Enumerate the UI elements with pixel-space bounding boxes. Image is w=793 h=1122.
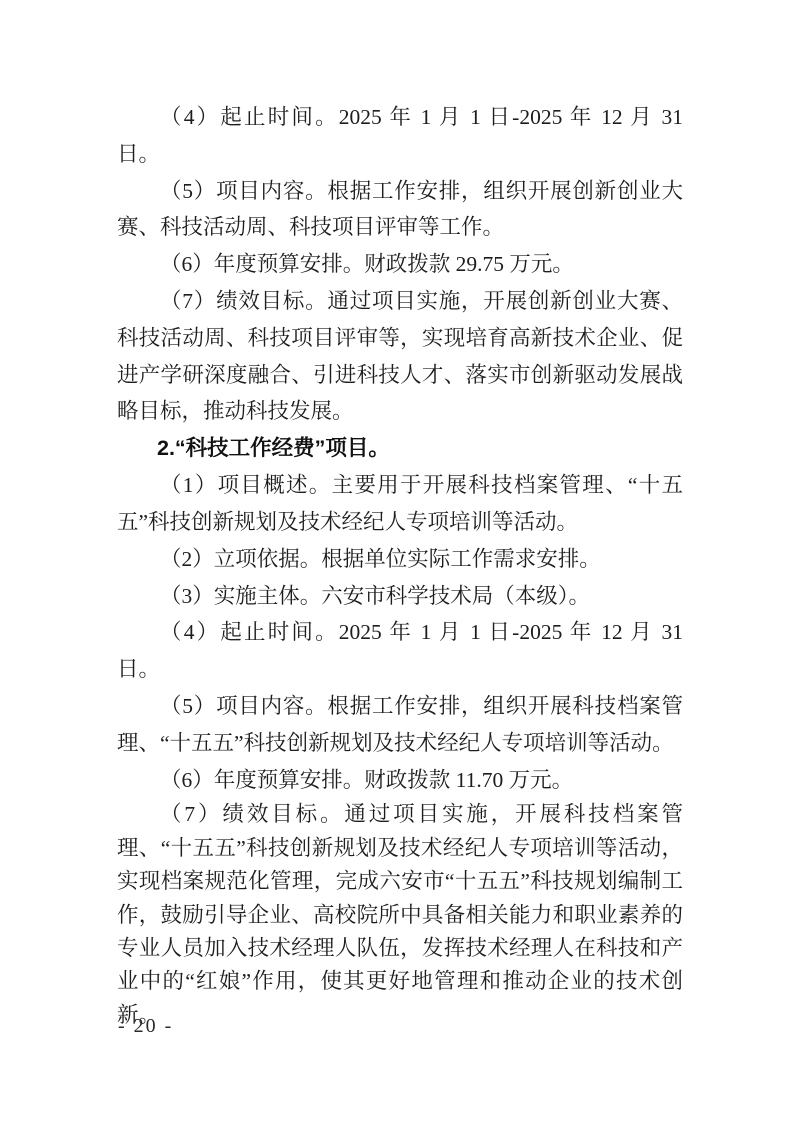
paragraph-item-5-content-2: （5）项目内容。根据工作安排，组织开展科技档案管理、“十五五”科技创新规划及技术…: [117, 688, 683, 762]
paragraph-item-3-implementer: （3）实施主体。六安市科学技术局（本级）。: [117, 578, 683, 615]
paragraph-item-4-time: （4）起止时间。2025 年 1 月 1 日-2025 年 12 月 31 日。: [117, 99, 683, 173]
paragraph-item-7-performance: （7）绩效目标。通过项目实施，开展创新创业大赛、科技活动周、科技项目评审等，实现…: [117, 283, 683, 430]
section-heading-project-2: 2.“科技工作经费”项目。: [117, 430, 683, 467]
paragraph-item-5-content: （5）项目内容。根据工作安排，组织开展创新创业大赛、科技活动周、科技项目评审等工…: [117, 173, 683, 247]
paragraph-item-1-overview: （1）项目概述。主要用于开展科技档案管理、“十五五”科技创新规划及技术经纪人专项…: [117, 467, 683, 541]
paragraph-item-6-budget: （6）年度预算安排。财政拨款 29.75 万元。: [117, 246, 683, 283]
paragraph-item-2-basis: （2）立项依据。根据单位实际工作需求安排。: [117, 541, 683, 578]
paragraph-item-4-time-2: （4）起止时间。2025 年 1 月 1 日-2025 年 12 月 31 日。: [117, 614, 683, 688]
page-number: - 20 -: [118, 1012, 173, 1040]
document-page: （4）起止时间。2025 年 1 月 1 日-2025 年 12 月 31 日。…: [0, 0, 793, 1122]
paragraph-item-6-budget-2: （6）年度预算安排。财政拨款 11.70 万元。: [117, 762, 683, 799]
document-body: （4）起止时间。2025 年 1 月 1 日-2025 年 12 月 31 日。…: [117, 99, 683, 1032]
paragraph-item-7-performance-2: （7）绩效目标。通过项目实施，开展科技档案管理、“十五五”科技创新规划及技术经纪…: [117, 798, 683, 1032]
